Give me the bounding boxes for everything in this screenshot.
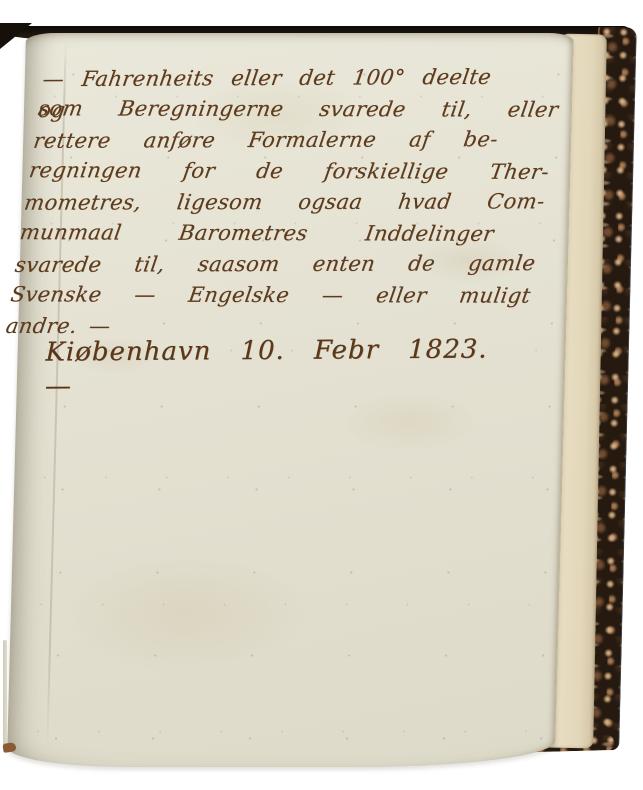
handwritten-line: Svenske — Engelske — eller muligt (8, 279, 532, 311)
photo-backdrop: — Fahrenheits eller det 100° deelte og s… (0, 0, 643, 790)
handwritten-line: regningen for de forskiellige Ther- (27, 155, 551, 188)
handwritten-line: munmaal Barometres Inddelinger (18, 217, 496, 250)
handwritten-line: mometres, ligesom ogsaa hvad Com- (22, 186, 547, 218)
handwritten-text-block: — Fahrenheits eller det 100° deelte og s… (4, 63, 566, 342)
handwritten-line: — Fahrenheits eller det 100° deelte og (41, 62, 494, 95)
handwritten-line: som Beregningerne svarede til, eller (36, 93, 560, 125)
handwritten-line: svarede til, saasom enten de gamle (13, 248, 538, 281)
dateline-signature: Kiøbenhavn 10. Febr 1823. — (45, 332, 488, 403)
page-edge-sliver-left (3, 640, 7, 748)
handwritten-line: rettere anføre Formalerne af be- (31, 124, 500, 157)
manuscript-page: — Fahrenheits eller det 100° deelte og s… (7, 33, 574, 767)
